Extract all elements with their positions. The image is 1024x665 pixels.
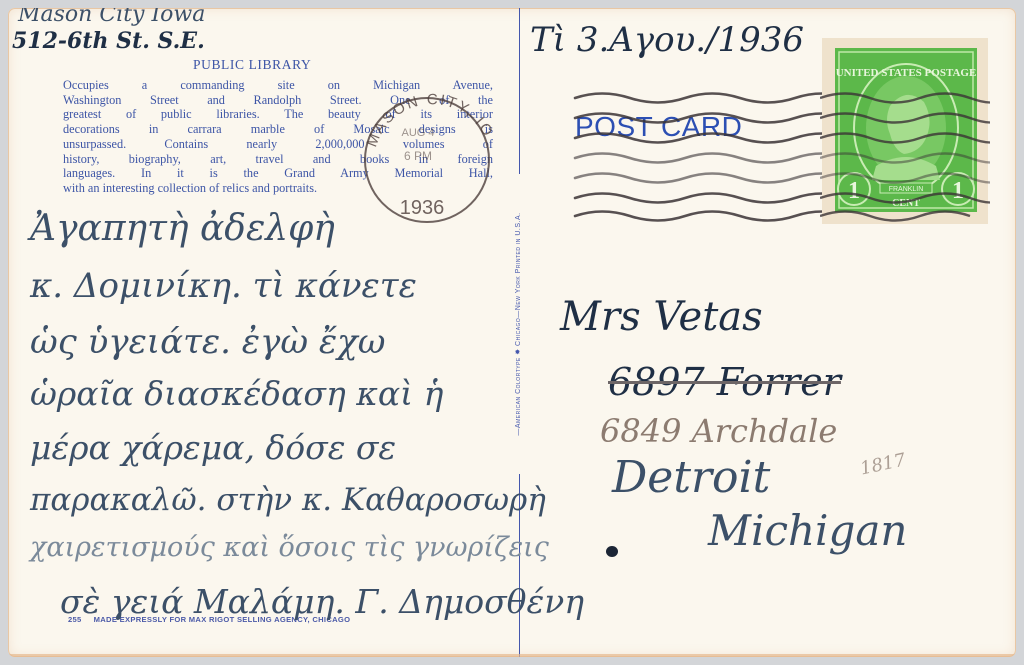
divider-line <box>519 8 520 174</box>
stamp-denomination: 1 <box>848 178 860 204</box>
letter-date: Τὶ 3.Αγου./1936 <box>530 20 804 60</box>
description-line: Washington Street and Randolph Street. O… <box>63 93 493 108</box>
postmark-year: 1936 <box>400 197 445 219</box>
description-line: greatest of public libraries. The beauty… <box>63 107 493 122</box>
recipient-extra-note: 1817 <box>858 449 907 479</box>
message-line: ὡραῖα διασκέδαση καὶ ἡ <box>30 374 443 413</box>
message-line: κ. Δομινίκη. τὶ κάνετε <box>30 266 417 306</box>
description-line: with an interesting collection of relics… <box>63 181 493 196</box>
description-line: unsurpassed. Contains nearly 2,000,000 v… <box>63 137 493 152</box>
message-line: μέρα χάρεμα, δόσε σε <box>30 428 396 467</box>
stamp-denomination: 1 <box>952 178 964 204</box>
description-line: decorations in carrara marble of Mosaic … <box>63 122 493 137</box>
ink-blot <box>606 546 618 557</box>
post-card-label: POST CARD <box>575 111 742 143</box>
recipient-state: Michigan <box>708 506 907 555</box>
sender-street: 512-6th St. S.E. <box>12 28 205 54</box>
sender-city: Mason City Iowa <box>18 8 205 27</box>
message-line: ὡς ὑγειάτε. ἐγὼ ἔχω <box>30 322 385 362</box>
recipient-address-crossed: 6897 Forrer <box>608 360 841 404</box>
subject-title: PUBLIC LIBRARY <box>193 57 311 73</box>
subject-description: Occupies a commanding site on Michigan A… <box>63 78 493 196</box>
printer-credit: —American Colortype ✸ Chicago—New York P… <box>514 174 526 474</box>
description-line: Occupies a commanding site on Michigan A… <box>63 78 493 93</box>
stamp-franklin-1-cent: UNITED STATES POSTAGE FRANKLIN 1 1 CENT <box>820 36 990 226</box>
stamp-top-text: UNITED STATES POSTAGE <box>836 67 977 79</box>
description-line: languages. In it is the Grand Army Memor… <box>63 166 493 181</box>
recipient-address-corrected: 6849 Archdale <box>600 412 837 450</box>
message-line: χαιρετισμούς καὶ ὅσοις τὶς γνωρίζεις <box>30 532 549 563</box>
recipient-city: Detroit <box>612 452 770 503</box>
postcard-back: PUBLIC LIBRARY Occupies a commanding sit… <box>8 8 1016 657</box>
description-line: history, biography, art, travel and book… <box>63 152 493 167</box>
stamp-portrait-label: FRANKLIN <box>889 186 924 193</box>
recipient-name: Mrs Vetas <box>560 294 763 340</box>
message-line: παρακαλῶ. στὴν κ. Καθαροσωρὴ <box>30 482 546 518</box>
message-line: Ἀγαπητὴ ἀδελφὴ <box>30 208 335 249</box>
message-line: σὲ γειά Μαλάμη. Γ. Δημοσθένη <box>60 582 584 621</box>
